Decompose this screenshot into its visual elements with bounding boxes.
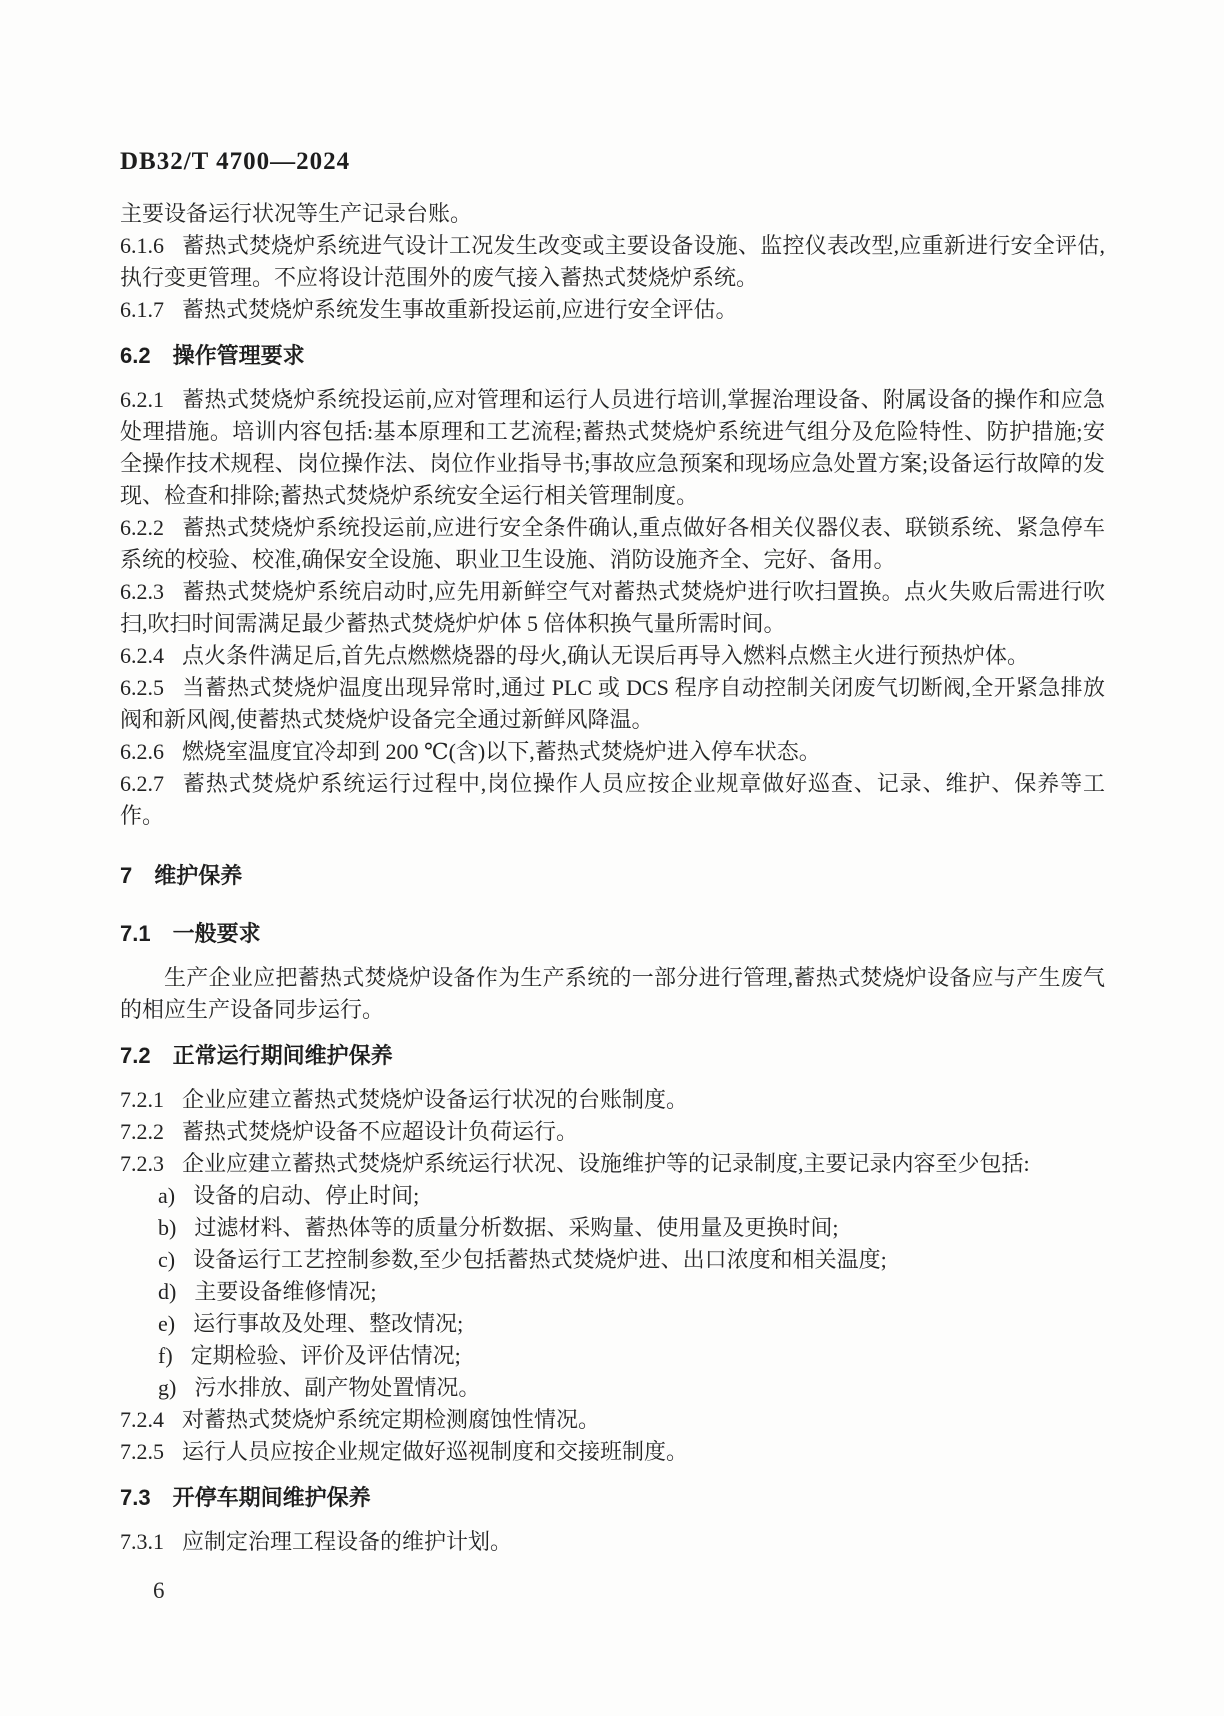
list-item-g: g)污水排放、副产物处置情况。	[120, 1372, 1105, 1404]
list-text: 主要设备维修情况;	[194, 1279, 376, 1304]
paragraph-text: 生产企业应把蓄热式焚烧炉设备作为生产系统的一部分进行管理,蓄热式焚烧炉设备应与产…	[120, 965, 1105, 1022]
clause-7-2-5: 7.2.5运行人员应按企业规定做好巡视制度和交接班制度。	[120, 1436, 1105, 1468]
clause-number: 6.2.7	[120, 771, 164, 796]
heading-number: 7.1	[120, 921, 151, 946]
clause-text: 点火条件满足后,首先点燃燃烧器的母火,确认无误后再导入燃料点燃主火进行预热炉体。	[182, 643, 1029, 668]
clause-text: 蓄热式焚烧炉系统投运前,应对管理和运行人员进行培训,掌握治理设备、附属设备的操作…	[120, 387, 1105, 508]
clause-6-1-7: 6.1.7蓄热式焚烧炉系统发生事故重新投运前,应进行安全评估。	[120, 294, 1105, 326]
clause-text: 运行人员应按企业规定做好巡视制度和交接班制度。	[182, 1439, 688, 1464]
clause-number: 6.2.1	[120, 387, 164, 412]
clause-number: 6.1.6	[120, 233, 164, 258]
clause-number: 7.2.2	[120, 1119, 164, 1144]
clause-number: 6.2.3	[120, 579, 164, 604]
list-text: 设备运行工艺控制参数,至少包括蓄热式焚烧炉进、出口浓度和相关温度;	[193, 1247, 887, 1272]
list-marker: f)	[158, 1343, 173, 1368]
clause-6-2-4: 6.2.4点火条件满足后,首先点燃燃烧器的母火,确认无误后再导入燃料点燃主火进行…	[120, 640, 1105, 672]
carryover-paragraph: 主要设备运行状况等生产记录台账。	[120, 198, 1105, 230]
heading-number: 7	[120, 863, 132, 888]
paragraph-text: 主要设备运行状况等生产记录台账。	[120, 201, 472, 226]
clause-7-2-3: 7.2.3企业应建立蓄热式焚烧炉系统运行状况、设施维护等的记录制度,主要记录内容…	[120, 1148, 1105, 1180]
clause-text: 蓄热式焚烧炉系统发生事故重新投运前,应进行安全评估。	[182, 297, 738, 322]
list-item-f: f)定期检验、评价及评估情况;	[120, 1340, 1105, 1372]
clause-text: 当蓄热式焚烧炉温度出现异常时,通过 PLC 或 DCS 程序自动控制关闭废气切断…	[120, 675, 1105, 732]
clause-7-2-1: 7.2.1企业应建立蓄热式焚烧炉设备运行状况的台账制度。	[120, 1084, 1105, 1116]
heading-number: 7.2	[120, 1043, 151, 1068]
heading-7-3: 7.3开停车期间维护保养	[120, 1482, 1105, 1514]
clause-text: 蓄热式焚烧炉系统启动时,应先用新鲜空气对蓄热式焚烧炉进行吹扫置换。点火失败后需进…	[120, 579, 1105, 636]
heading-text: 正常运行期间维护保养	[173, 1043, 393, 1068]
list-item-b: b)过滤材料、蓄热体等的质量分析数据、采购量、使用量及更换时间;	[120, 1212, 1105, 1244]
document-body: 主要设备运行状况等生产记录台账。 6.1.6蓄热式焚烧炉系统进气设计工况发生改变…	[120, 198, 1105, 1558]
clause-number: 6.1.7	[120, 297, 164, 322]
clause-number: 6.2.5	[120, 675, 164, 700]
clause-6-2-5: 6.2.5当蓄热式焚烧炉温度出现异常时,通过 PLC 或 DCS 程序自动控制关…	[120, 672, 1105, 736]
clause-text: 对蓄热式焚烧炉系统定期检测腐蚀性情况。	[182, 1407, 600, 1432]
clause-text: 蓄热式焚烧炉设备不应超设计负荷运行。	[182, 1119, 578, 1144]
list-item-d: d)主要设备维修情况;	[120, 1276, 1105, 1308]
clause-text: 企业应建立蓄热式焚烧炉系统运行状况、设施维护等的记录制度,主要记录内容至少包括:	[182, 1151, 1030, 1176]
list-text: 污水排放、副产物处置情况。	[194, 1375, 480, 1400]
clause-6-1-6: 6.1.6蓄热式焚烧炉系统进气设计工况发生改变或主要设备设施、监控仪表改型,应重…	[120, 230, 1105, 294]
clause-7-3-1: 7.3.1应制定治理工程设备的维护计划。	[120, 1526, 1105, 1558]
clause-number: 7.2.4	[120, 1407, 164, 1432]
heading-text: 一般要求	[173, 921, 261, 946]
heading-number: 7.3	[120, 1485, 151, 1510]
list-text: 定期检验、评价及评估情况;	[191, 1343, 461, 1368]
page-number: 6	[153, 1578, 165, 1604]
clause-6-2-1: 6.2.1蓄热式焚烧炉系统投运前,应对管理和运行人员进行培训,掌握治理设备、附属…	[120, 384, 1105, 512]
heading-6-2: 6.2操作管理要求	[120, 340, 1105, 372]
heading-7-2: 7.2正常运行期间维护保养	[120, 1040, 1105, 1072]
clause-number: 7.2.1	[120, 1087, 164, 1112]
list-text: 过滤材料、蓄热体等的质量分析数据、采购量、使用量及更换时间;	[194, 1215, 838, 1240]
document-page: DB32/T 4700—2024 主要设备运行状况等生产记录台账。 6.1.6蓄…	[0, 0, 1224, 1716]
clause-number: 7.2.3	[120, 1151, 164, 1176]
list-marker: c)	[158, 1247, 175, 1272]
doc-code: DB32/T 4700—2024	[120, 148, 1105, 176]
clause-7-2-2: 7.2.2蓄热式焚烧炉设备不应超设计负荷运行。	[120, 1116, 1105, 1148]
clause-text: 蓄热式焚烧炉系统进气设计工况发生改变或主要设备设施、监控仪表改型,应重新进行安全…	[120, 233, 1105, 290]
clause-text: 蓄热式焚烧炉系统投运前,应进行安全条件确认,重点做好各相关仪器仪表、联锁系统、紧…	[120, 515, 1105, 572]
list-text: 运行事故及处理、整改情况;	[193, 1311, 463, 1336]
heading-text: 维护保养	[154, 863, 242, 888]
clause-7-2-4: 7.2.4对蓄热式焚烧炉系统定期检测腐蚀性情况。	[120, 1404, 1105, 1436]
heading-7-1: 7.1一般要求	[120, 918, 1105, 950]
list-marker: g)	[158, 1375, 176, 1400]
list-item-a: a)设备的启动、停止时间;	[120, 1180, 1105, 1212]
heading-text: 操作管理要求	[173, 343, 305, 368]
clause-number: 7.3.1	[120, 1529, 164, 1554]
heading-7: 7维护保养	[120, 860, 1105, 892]
list-item-e: e)运行事故及处理、整改情况;	[120, 1308, 1105, 1340]
clause-text: 应制定治理工程设备的维护计划。	[182, 1529, 512, 1554]
list-marker: a)	[158, 1183, 175, 1208]
heading-number: 6.2	[120, 343, 151, 368]
clause-6-2-3: 6.2.3蓄热式焚烧炉系统启动时,应先用新鲜空气对蓄热式焚烧炉进行吹扫置换。点火…	[120, 576, 1105, 640]
clause-6-2-2: 6.2.2蓄热式焚烧炉系统投运前,应进行安全条件确认,重点做好各相关仪器仪表、联…	[120, 512, 1105, 576]
list-marker: d)	[158, 1279, 176, 1304]
list-text: 设备的启动、停止时间;	[193, 1183, 419, 1208]
clause-6-2-6: 6.2.6燃烧室温度宜冷却到 200 ℃(含)以下,蓄热式焚烧炉进入停车状态。	[120, 736, 1105, 768]
page-content: DB32/T 4700—2024 主要设备运行状况等生产记录台账。 6.1.6蓄…	[0, 0, 1224, 1558]
list-item-c: c)设备运行工艺控制参数,至少包括蓄热式焚烧炉进、出口浓度和相关温度;	[120, 1244, 1105, 1276]
clause-text: 企业应建立蓄热式焚烧炉设备运行状况的台账制度。	[182, 1087, 688, 1112]
clause-number: 6.2.2	[120, 515, 164, 540]
clause-text: 蓄热式焚烧炉系统运行过程中,岗位操作人员应按企业规章做好巡查、记录、维护、保养等…	[120, 771, 1105, 828]
clause-6-2-7: 6.2.7蓄热式焚烧炉系统运行过程中,岗位操作人员应按企业规章做好巡查、记录、维…	[120, 768, 1105, 832]
clause-text: 燃烧室温度宜冷却到 200 ℃(含)以下,蓄热式焚烧炉进入停车状态。	[182, 739, 821, 764]
paragraph-7-1: 生产企业应把蓄热式焚烧炉设备作为生产系统的一部分进行管理,蓄热式焚烧炉设备应与产…	[120, 962, 1105, 1026]
heading-text: 开停车期间维护保养	[173, 1485, 371, 1510]
clause-number: 7.2.5	[120, 1439, 164, 1464]
list-marker: b)	[158, 1215, 176, 1240]
clause-number: 6.2.6	[120, 739, 164, 764]
list-marker: e)	[158, 1311, 175, 1336]
clause-number: 6.2.4	[120, 643, 164, 668]
